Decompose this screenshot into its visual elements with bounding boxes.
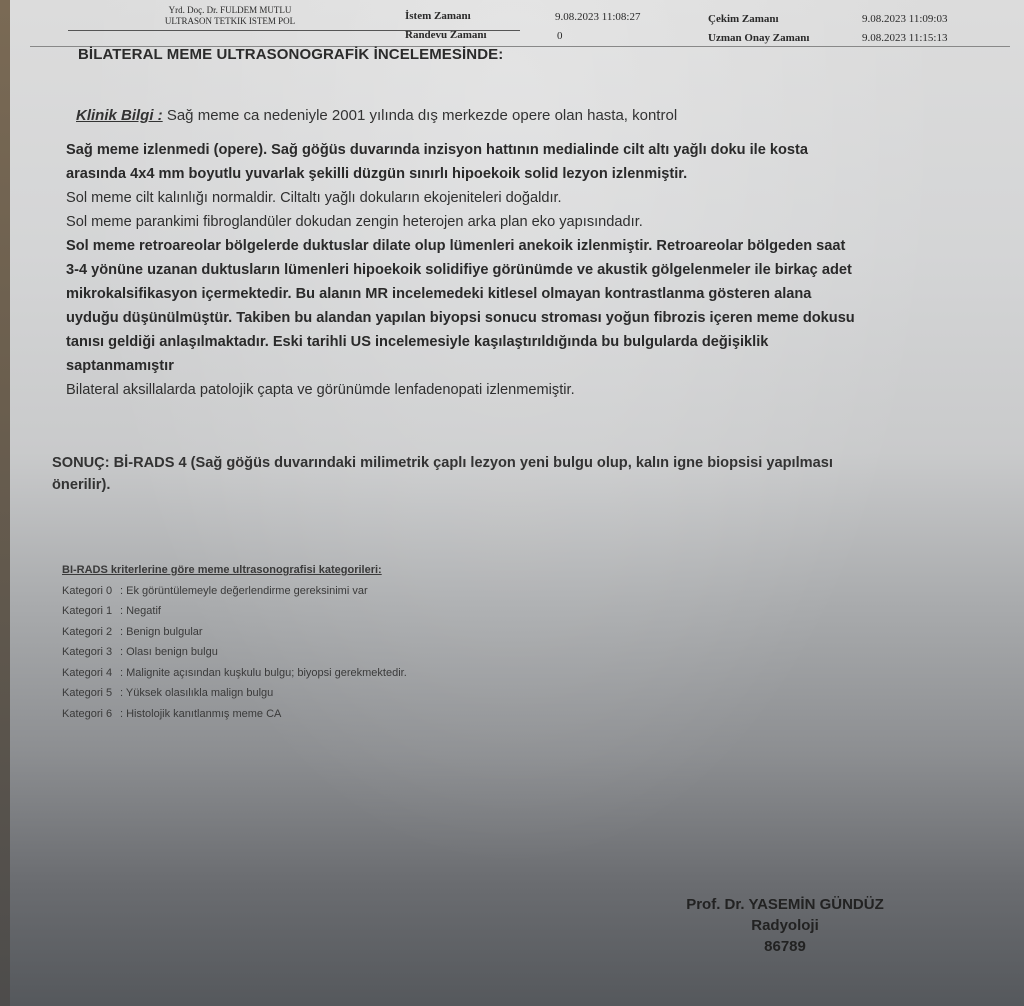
- doctor-name: Yrd. Doç. Dr. FULDEM MUTLU: [150, 5, 310, 16]
- table-edge: [0, 0, 10, 1006]
- category-label: Kategori 2: [62, 622, 120, 643]
- criteria-item: Kategori 6: Histolojik kanıtlanmış meme …: [62, 704, 407, 725]
- category-label: Kategori 6: [62, 704, 120, 725]
- signer-id: 86789: [650, 936, 920, 957]
- category-label: Kategori 1: [62, 601, 120, 622]
- category-label: Kategori 4: [62, 663, 120, 684]
- request-time-label: İstem Zamanı: [405, 10, 471, 22]
- capture-time-value: 9.08.2023 11:09:03: [862, 13, 947, 25]
- signature-block: Prof. Dr. YASEMİN GÜNDÜZ Radyoloji 86789: [650, 894, 920, 957]
- findings-section: Sağ meme izlenmedi (opere). Sağ göğüs du…: [66, 138, 1016, 402]
- category-description: : Ek görüntülemeyle değerlendirme gereks…: [120, 585, 368, 597]
- category-description: : Malignite açısından kuşkulu bulgu; biy…: [120, 667, 407, 679]
- criteria-heading: BI-RADS kriterlerine göre meme ultrasono…: [62, 560, 407, 581]
- signer-department: Radyoloji: [650, 915, 920, 936]
- criteria-list: Kategori 0: Ek görüntülemeyle değerlendi…: [62, 581, 407, 725]
- clinical-info: Klinik Bilgi : Sağ meme ca nedeniyle 200…: [76, 107, 677, 124]
- birads-criteria: BI-RADS kriterlerine göre meme ultrasono…: [62, 560, 407, 724]
- finding-line: Sol meme retroareolar bölgelerde duktusl…: [66, 234, 1016, 258]
- category-description: : Histolojik kanıtlanmış meme CA: [120, 708, 281, 720]
- appointment-time-value: 0: [557, 30, 563, 42]
- report-header: Yrd. Doç. Dr. FULDEM MUTLU ULTRASON TETK…: [60, 0, 1024, 48]
- finding-line: Sol meme cilt kalınlığı normaldir. Cilta…: [66, 186, 1016, 210]
- finding-line: Sol meme parankimi fibroglandüler dokuda…: [66, 210, 1016, 234]
- signer-name: Prof. Dr. YASEMİN GÜNDÜZ: [650, 894, 920, 915]
- request-time-value: 9.08.2023 11:08:27: [555, 11, 640, 23]
- criteria-item: Kategori 0: Ek görüntülemeyle değerlendi…: [62, 581, 407, 602]
- finding-line: 3-4 yönüne uzanan duktusların lümenleri …: [66, 258, 1016, 282]
- category-label: Kategori 0: [62, 581, 120, 602]
- header-divider: [68, 30, 520, 31]
- finding-line: Sağ meme izlenmedi (opere). Sağ göğüs du…: [66, 138, 1016, 162]
- category-description: : Yüksek olasılıkla malign bulgu: [120, 687, 273, 699]
- requesting-doctor: Yrd. Doç. Dr. FULDEM MUTLU ULTRASON TETK…: [150, 5, 310, 27]
- criteria-item: Kategori 4: Malignite açısından kuşkulu …: [62, 663, 407, 684]
- category-description: : Negatif: [120, 605, 161, 617]
- criteria-item: Kategori 5: Yüksek olasılıkla malign bul…: [62, 683, 407, 704]
- criteria-item: Kategori 2: Benign bulgular: [62, 622, 407, 643]
- finding-line: arasında 4x4 mm boyutlu yuvarlak şekilli…: [66, 162, 1016, 186]
- criteria-item: Kategori 1: Negatif: [62, 601, 407, 622]
- category-label: Kategori 3: [62, 642, 120, 663]
- report-title: BİLATERAL MEME ULTRASONOGRAFİK İNCELEMES…: [78, 46, 503, 63]
- conclusion-line-2: önerilir).: [52, 474, 1002, 496]
- clinic-name: ULTRASON TETKIK ISTEM POL: [150, 16, 310, 27]
- approval-time-value: 9.08.2023 11:15:13: [862, 32, 947, 44]
- category-description: : Benign bulgular: [120, 626, 203, 638]
- finding-line: mikrokalsifikasyon içermektedir. Bu alan…: [66, 282, 1016, 306]
- clinical-info-label: Klinik Bilgi :: [76, 107, 163, 124]
- finding-line: tanısı geldiği anlaşılmaktadır. Eski tar…: [66, 330, 1016, 354]
- category-description: : Olası benign bulgu: [120, 646, 218, 658]
- finding-line: uyduğu düşünülmüştür. Takiben bu alandan…: [66, 306, 1016, 330]
- clinical-info-text: Sağ meme ca nedeniyle 2001 yılında dış m…: [163, 107, 677, 124]
- finding-line: saptanmamıştır: [66, 354, 1016, 378]
- capture-time-label: Çekim Zamanı: [708, 13, 779, 25]
- approval-time-label: Uzman Onay Zamanı: [708, 32, 809, 44]
- criteria-item: Kategori 3: Olası benign bulgu: [62, 642, 407, 663]
- finding-line: Bilateral aksillalarda patolojik çapta v…: [66, 378, 1016, 402]
- conclusion-line-1: SONUÇ: Bİ-RADS 4 (Sağ göğüs duvarındaki …: [52, 452, 1002, 474]
- category-label: Kategori 5: [62, 683, 120, 704]
- conclusion: SONUÇ: Bİ-RADS 4 (Sağ göğüs duvarındaki …: [52, 452, 1002, 496]
